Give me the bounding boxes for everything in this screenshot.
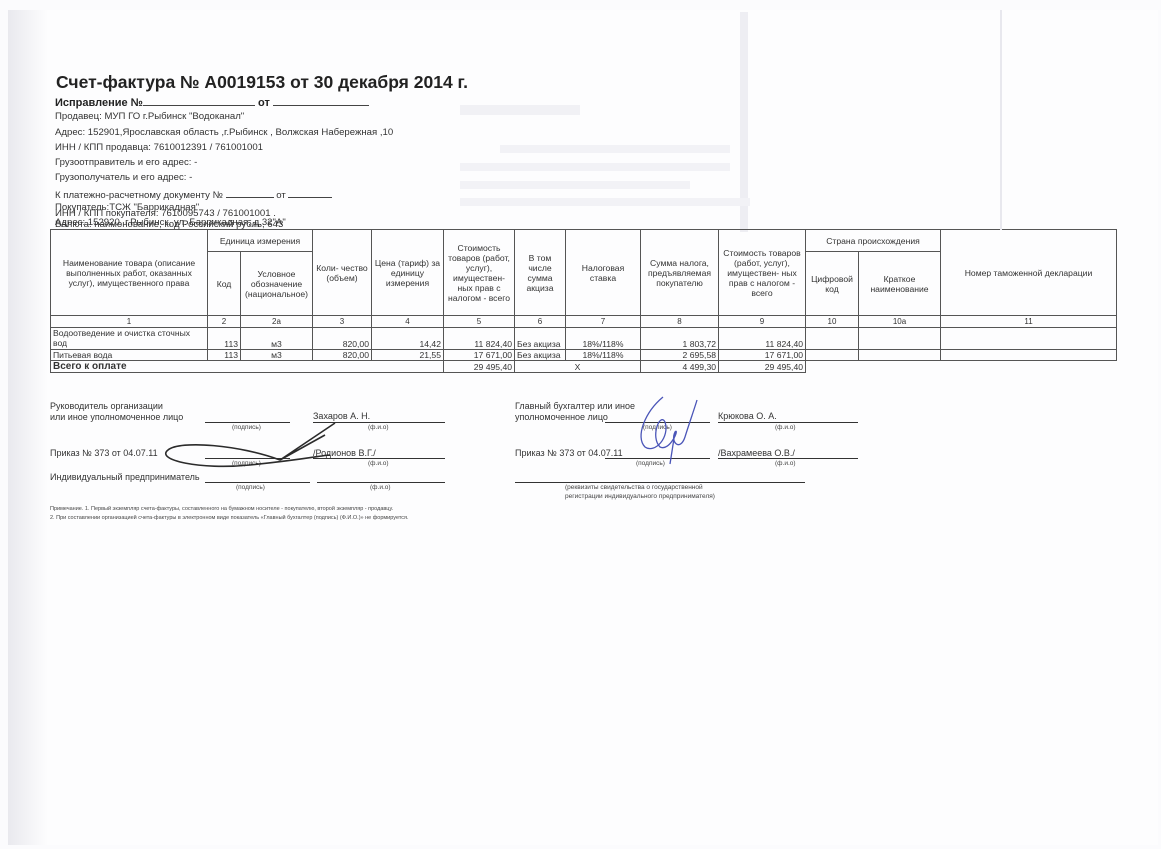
head-label-1: Руководитель организации: [50, 401, 163, 411]
col-num: 6: [515, 316, 566, 328]
header-unit-code: Код: [208, 252, 241, 316]
col-num: 2: [208, 316, 241, 328]
seller: Продавец: МУП ГО г.Рыбинск "Водоканал": [55, 111, 244, 122]
fio-caption: (ф.и.о): [775, 460, 796, 467]
buyer-inn: ИНН / КПП покупателя: 7610095743 / 76100…: [55, 208, 276, 219]
item-country-name: [859, 328, 941, 350]
fio-caption: (ф.и.о): [368, 424, 389, 431]
correction-label: Исправление №: [55, 97, 143, 109]
show-through-text: [460, 198, 750, 206]
currency: Валюта: наименование, код Российский руб…: [55, 219, 283, 230]
accountant-label-1: Главный бухгалтер или иное: [515, 401, 635, 411]
accountant-deputy: /Вахрамеева О.В./: [718, 448, 795, 458]
col-num: 5: [444, 316, 515, 328]
entrepreneur-signature-line: [205, 482, 310, 483]
header-unit-symbol: Условное обозначение (национальное): [241, 252, 313, 316]
item-name: Водоотведение и очистка сточных вод: [51, 328, 208, 350]
shipper: Грузоотправитель и его адрес: -: [55, 157, 197, 168]
item-country-code: [806, 328, 859, 350]
entrepreneur-name-line: [317, 482, 445, 483]
payment-doc-line: К платежно-расчетному документу № от: [55, 187, 332, 201]
total-row: Всего к оплате 29 495,40 Х 4 499,30 29 4…: [51, 361, 1117, 373]
payment-doc-number-field: [226, 187, 274, 198]
header-total: Стоимость товаров (работ, услуг), имущес…: [719, 230, 806, 316]
seller-inn: ИНН / КПП продавца: 7610012391 / 7610010…: [55, 142, 263, 153]
col-num: 7: [566, 316, 641, 328]
fio-caption: (ф.и.о): [368, 460, 389, 467]
item-code: 113: [208, 350, 241, 361]
entrepreneur-label: Индивидуальный предприниматель: [50, 472, 200, 482]
header-unit-group: Единица измерения: [208, 230, 313, 252]
header-country-code: Цифровой код: [806, 252, 859, 316]
header-cost: Стоимость товаров (работ, услуг), имущес…: [444, 230, 515, 316]
fio-caption: (ф.и.о): [370, 484, 391, 491]
correction-date-field: [273, 95, 369, 106]
accountant-name-line: [718, 422, 858, 423]
correction-line: Исправление № от: [55, 95, 369, 109]
invoice-table: Наименование товара (описание выполненны…: [50, 229, 1117, 373]
item-country-code: [806, 350, 859, 361]
item-tax: 1 803,72: [641, 328, 719, 350]
item-rate: 18%/118%: [566, 328, 641, 350]
item-price: 21,55: [372, 350, 444, 361]
header-customs: Номер таможенной декларации: [941, 230, 1117, 316]
handwritten-signature-icon: [150, 415, 350, 470]
col-num: 1: [51, 316, 208, 328]
note-2: 2. При составлении организацией счета-фа…: [50, 515, 409, 521]
scan-edge: [1000, 10, 1002, 230]
col-num: 9: [719, 316, 806, 328]
payment-doc-date-field: [288, 187, 332, 198]
consignee: Грузополучатель и его адрес: -: [55, 172, 192, 183]
column-number-row: 1 2 2а 3 4 5 6 7 8 9 10 10а 11: [51, 316, 1117, 328]
col-num: 4: [372, 316, 444, 328]
header-price: Цена (тариф) за единицу измерения: [372, 230, 444, 316]
col-num: 2а: [241, 316, 313, 328]
header-qty: Коли- чество (объем): [313, 230, 372, 316]
total-label: Всего к оплате: [51, 361, 444, 373]
item-price: 14,42: [372, 328, 444, 350]
item-cost: 11 824,40: [444, 328, 515, 350]
invoice-title: Счет-фактура № А0019153 от 30 декабря 20…: [56, 72, 468, 93]
header-country-name: Краткое наименование: [859, 252, 941, 316]
accountant-label-2: уполномоченное лицо: [515, 412, 608, 422]
accountant-deputy-line: [718, 458, 858, 459]
note-1: Примечание. 1. Первый экземпляр счета-фа…: [50, 506, 393, 512]
header-tax-rate: Налоговая ставка: [566, 230, 641, 316]
item-country-name: [859, 350, 941, 361]
fio-caption: (ф.и.о): [775, 424, 796, 431]
registration-caption-2: регистрации индивидуального предпринимат…: [565, 493, 715, 500]
item-total: 17 671,00: [719, 350, 806, 361]
correction-number-field: [143, 95, 255, 106]
item-total: 11 824,40: [719, 328, 806, 350]
item-name: Питьевая вода: [51, 350, 208, 361]
total-sum: 29 495,40: [719, 361, 806, 373]
payment-doc-from-label: от: [276, 190, 286, 201]
col-num: 3: [313, 316, 372, 328]
registration-line: [515, 482, 805, 483]
col-num: 8: [641, 316, 719, 328]
header-tax-sum: Сумма налога, предъявляемая покупателю: [641, 230, 719, 316]
header-name: Наименование товара (описание выполненны…: [51, 230, 208, 316]
table-row: Водоотведение и очистка сточных вод 113 …: [51, 328, 1117, 350]
order-left: Приказ № 373 от 04.07.11: [50, 448, 158, 458]
total-cost: 29 495,40: [444, 361, 515, 373]
item-unit: м3: [241, 328, 313, 350]
col-num: 10: [806, 316, 859, 328]
item-qty: 820,00: [313, 328, 372, 350]
registration-caption-1: (реквизиты свидетельства о государственн…: [565, 484, 703, 491]
item-qty: 820,00: [313, 350, 372, 361]
order-right: Приказ № 373 от 04.07.11: [515, 448, 623, 458]
item-customs: [941, 328, 1117, 350]
header-country-group: Страна происхождения: [806, 230, 941, 252]
total-tax: 4 499,30: [641, 361, 719, 373]
item-cost: 17 671,00: [444, 350, 515, 361]
header-excise: В том числе сумма акциза: [515, 230, 566, 316]
show-through-text: [500, 145, 730, 153]
item-excise: Без акциза: [515, 328, 566, 350]
sign-caption: (подпись): [236, 484, 265, 491]
correction-from-label: от: [258, 97, 270, 109]
payment-doc-label: К платежно-расчетному документу №: [55, 190, 223, 201]
col-num: 11: [941, 316, 1117, 328]
accountant-signature-icon: [625, 392, 700, 467]
table-row: Питьевая вода 113 м3 820,00 21,55 17 671…: [51, 350, 1117, 361]
item-customs: [941, 350, 1117, 361]
col-num: 10а: [859, 316, 941, 328]
item-unit: м3: [241, 350, 313, 361]
item-excise: Без акциза: [515, 350, 566, 361]
item-code: 113: [208, 328, 241, 350]
item-rate: 18%/118%: [566, 350, 641, 361]
show-through-text: [460, 181, 690, 189]
item-tax: 2 695,58: [641, 350, 719, 361]
total-excise-rate: Х: [515, 361, 641, 373]
show-through-text: [460, 105, 580, 115]
show-through-text: [460, 163, 730, 171]
seller-address: Адрес: 152901,Ярославская область ,г.Рыб…: [55, 127, 393, 138]
page-shadow: [8, 10, 48, 845]
accountant-name: Крюкова О. А.: [718, 411, 777, 421]
